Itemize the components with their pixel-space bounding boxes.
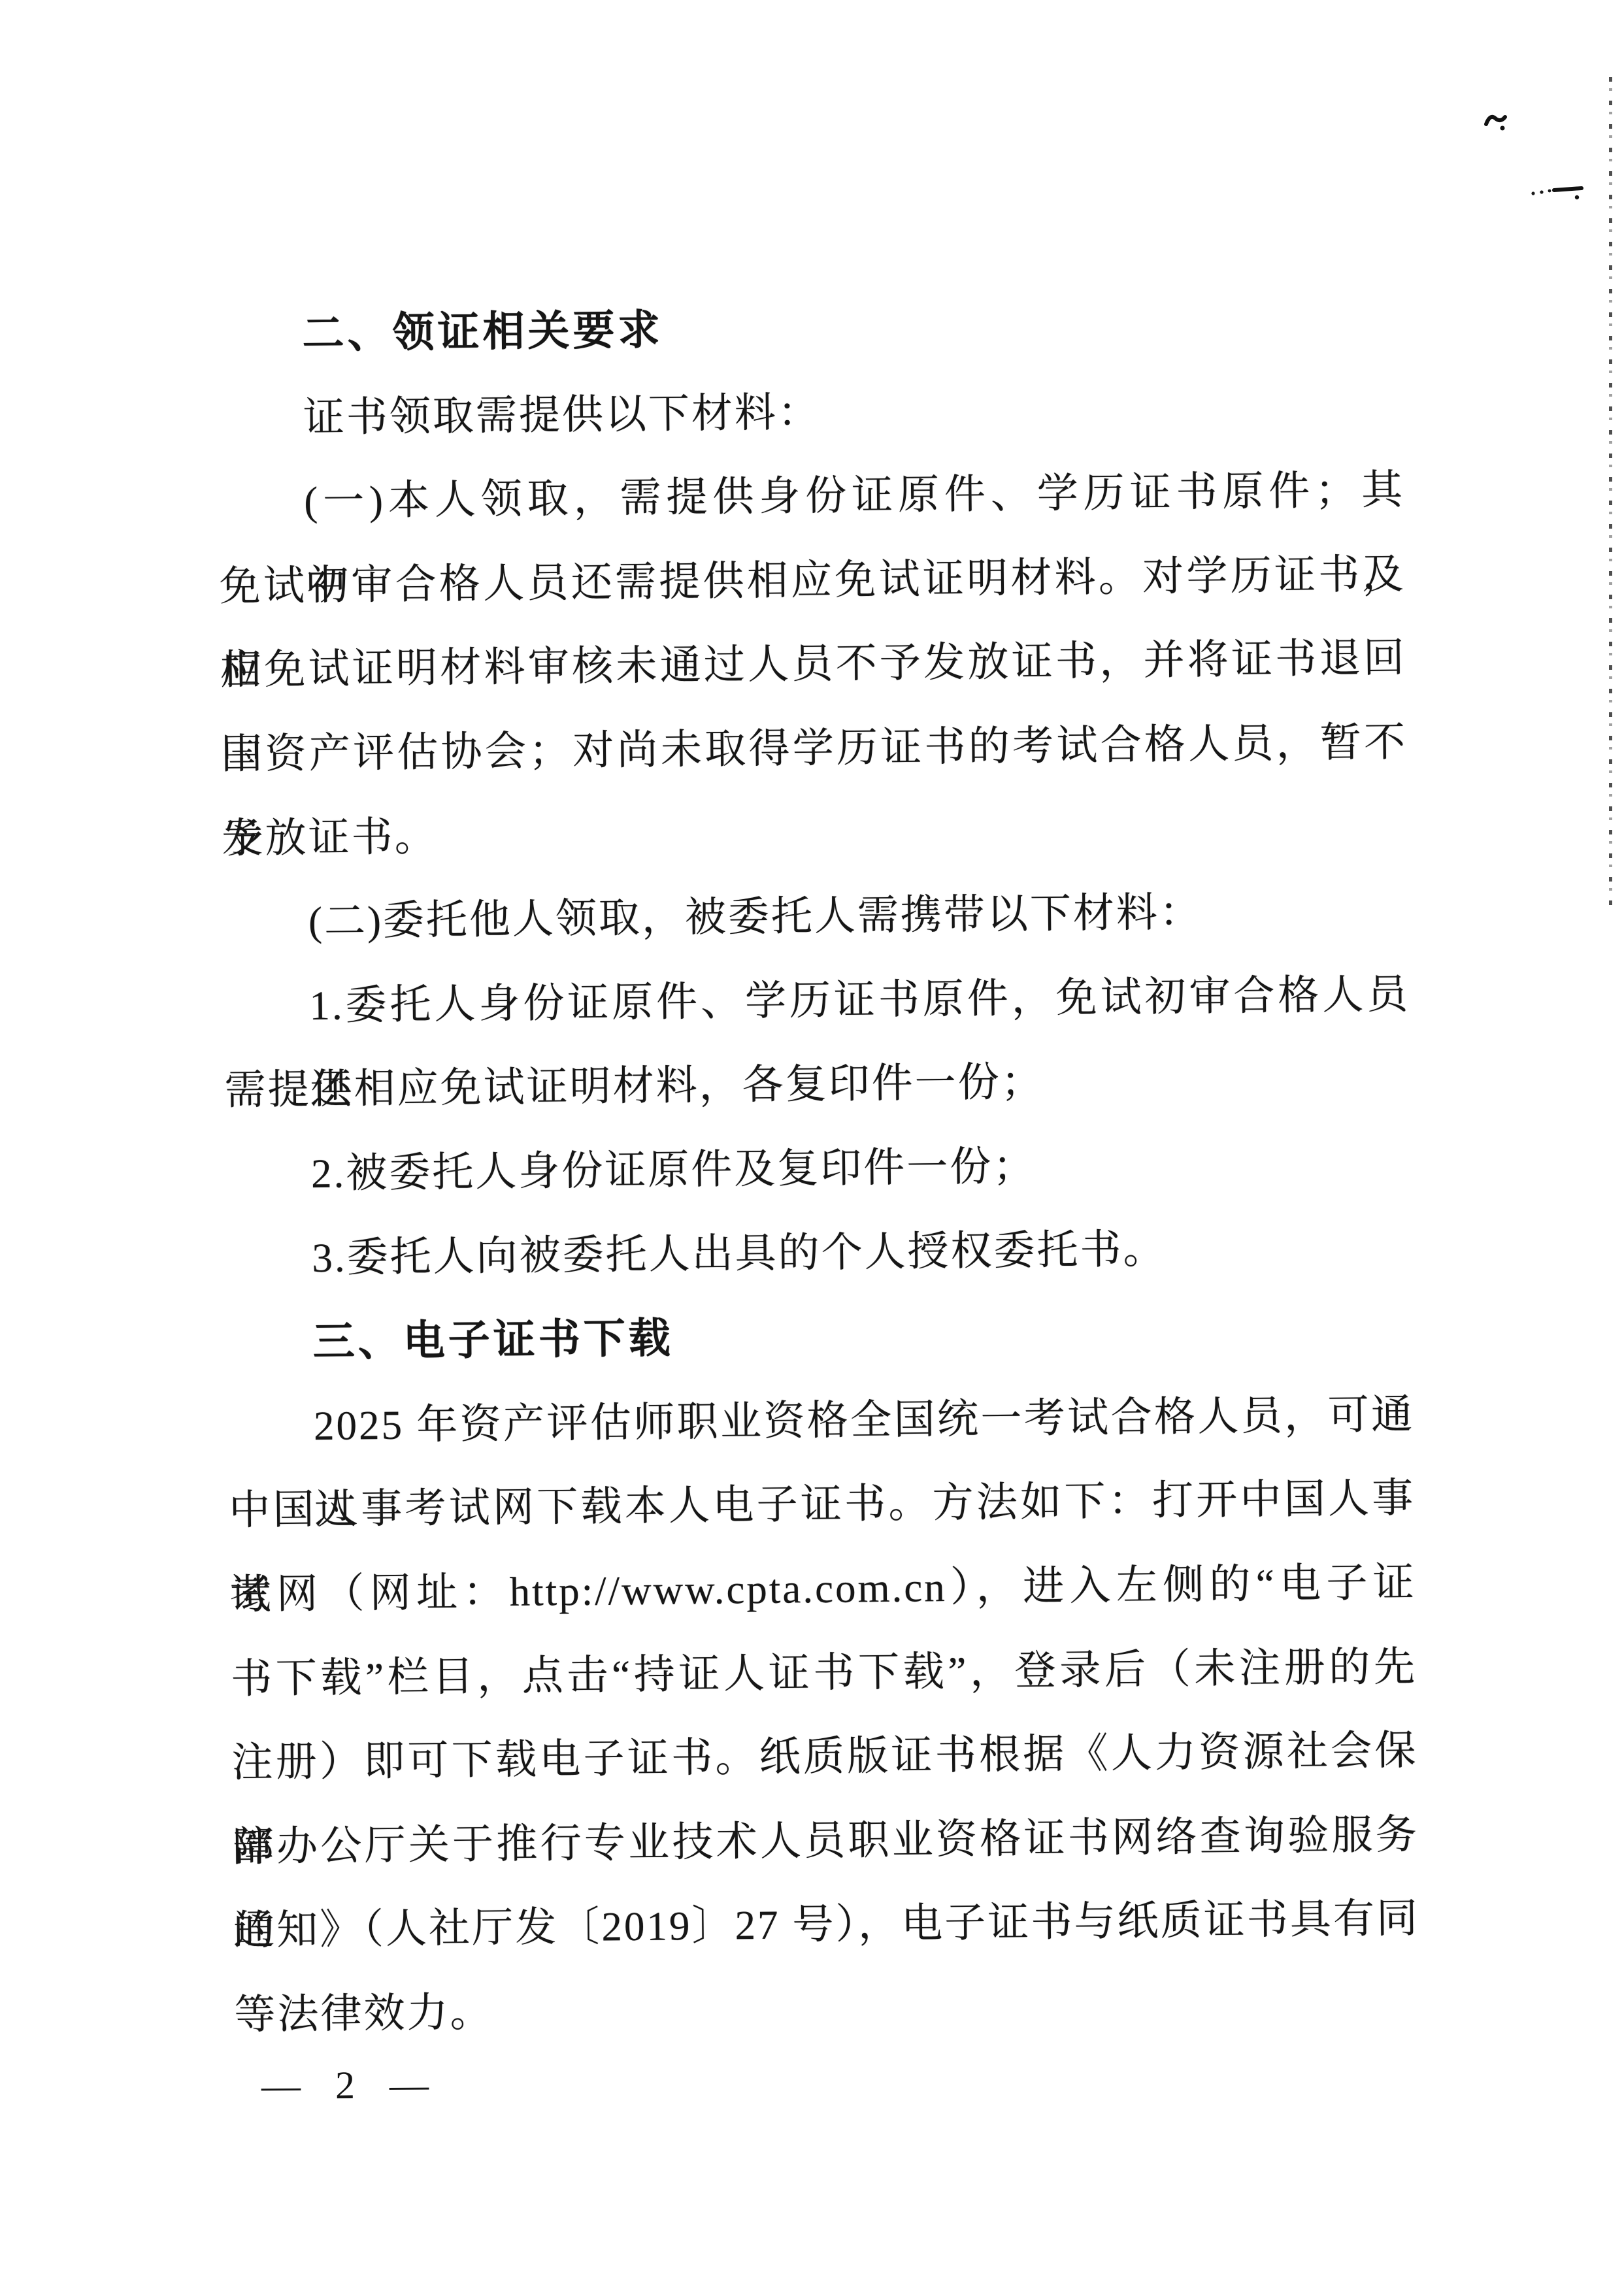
document-line: 3.委托人向被委托人出具的个人授权委托书。 [226, 1204, 1413, 1301]
scan-artifact-ink-speck [1483, 111, 1510, 137]
document-line: 2.被委托人身份证原件及复印件一份； [225, 1120, 1412, 1217]
section-heading: 二、领证相关要求 [216, 280, 1403, 377]
document-line: 注册）即可下载电子证书。纸质版证书根据《人力资源社会保障 [231, 1709, 1418, 1806]
document-line: 试网（网址：http://www.cpta.com.cn），进入左侧的“电子证 [229, 1540, 1416, 1637]
document-line: 书下载”栏目，点击“持证人证书下载”，登录后（未注册的先 [230, 1625, 1417, 1721]
document-line: 2025 年资产评估师职业资格全国统一考试合格人员，可通过 [227, 1372, 1414, 1469]
document-line: (一)本人领取，需提供身份证原件、学历证书原件；其中， [218, 448, 1405, 545]
document-line: 免试初审合格人员还需提供相应免试证明材料。对学历证书及相 [219, 532, 1406, 629]
scan-artifact-dotted-smudge [1529, 183, 1588, 206]
document-line: 国资产评估协会；对尚未取得学历证书的考试合格人员，暂不予 [221, 701, 1408, 797]
document-line: 需提供相应免试证明材料，各复印件一份； [224, 1036, 1411, 1133]
document-line: 中国人事考试网下载本人电子证书。方法如下：打开中国人事考 [229, 1457, 1416, 1553]
page-number: — 2 — [261, 2055, 433, 2115]
document-line: 通知》（人社厅发〔2019〕27 号），电子证书与纸质证书具有同 [233, 1877, 1419, 1973]
document-line: 1.委托人身份证原件、学历证书原件，免试初审合格人员还 [224, 952, 1410, 1049]
document-line: 应免试证明材料审核未通过人员不予发放证书，并将证书退回中 [220, 616, 1406, 713]
document-line: 部办公厅关于推行专业技术人员职业资格证书网络查询验服务的 [232, 1792, 1419, 1889]
text-block: 二、领证相关要求证书领取需提供以下材料：(一)本人领取，需提供身份证原件、学历证… [216, 280, 1421, 2057]
scan-artifact-dashed-edge-line [1609, 77, 1612, 907]
document-line: (二)委托他人领取，被委托人需携带以下材料： [222, 868, 1409, 965]
document-line: 发放证书。 [222, 784, 1408, 881]
scanned-document-page: 二、领证相关要求证书领取需提供以下材料：(一)本人领取，需提供身份证原件、学历证… [0, 0, 1624, 2293]
document-line: 证书领取需提供以下材料： [217, 364, 1404, 461]
section-heading: 三、电子证书下载 [227, 1289, 1414, 1385]
document-line: 等法律效力。 [234, 1960, 1421, 2057]
